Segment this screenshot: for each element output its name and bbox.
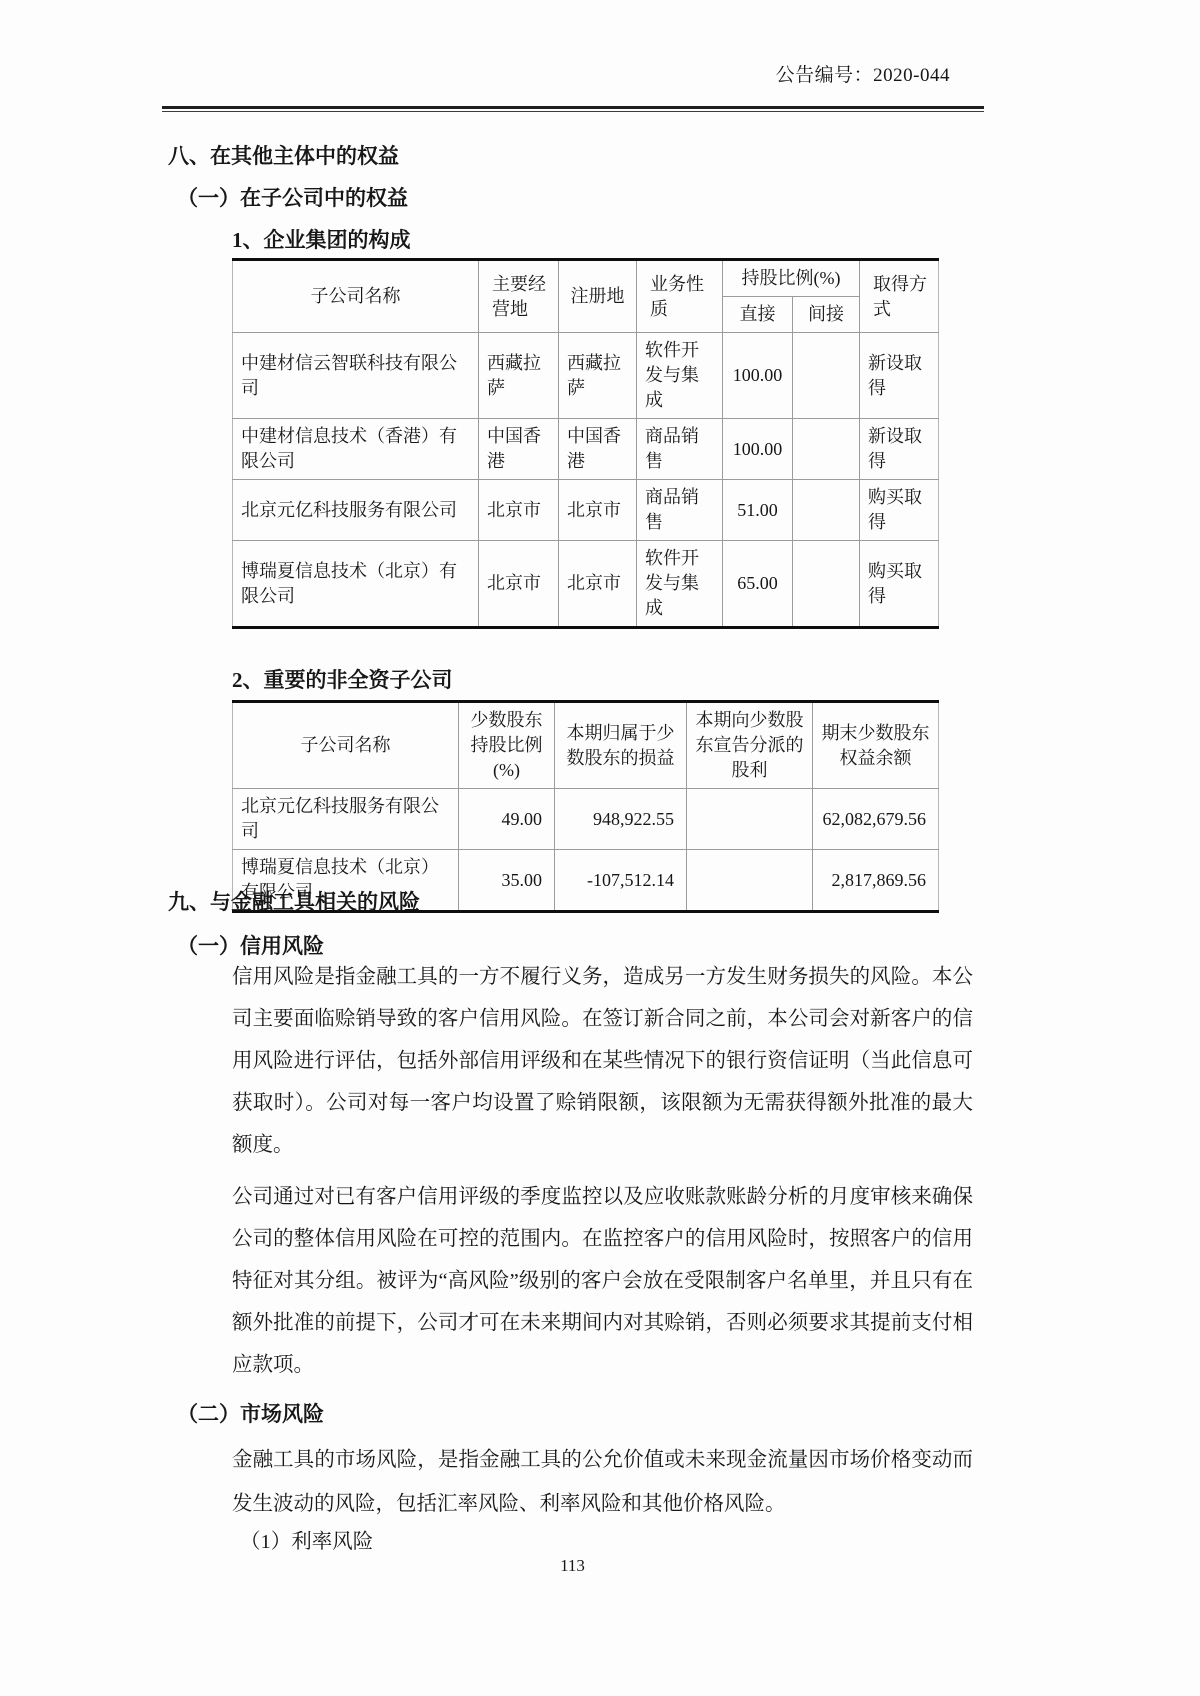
cell-main-place: 中国香港: [479, 419, 559, 480]
col-header-acquisition-method: 取得方式: [860, 260, 939, 333]
cell-registered-place: 西藏拉萨: [559, 333, 637, 419]
cell-minority-profit: 948,922.55: [555, 789, 687, 850]
table-row: 北京元亿科技服务有限公司 49.00 948,922.55 62,082,679…: [233, 789, 939, 850]
interest-rate-risk-title: （1）利率风险: [240, 1524, 373, 1554]
cell-business-nature: 软件开发与集成: [637, 333, 723, 419]
cell-indirect-ratio: [793, 333, 860, 419]
col-header-direct: 直接: [723, 297, 793, 333]
cell-business-nature: 软件开发与集成: [637, 541, 723, 628]
page-number: 113: [160, 1556, 985, 1576]
section-8-sub-1-title: （一）在子公司中的权益: [177, 182, 408, 212]
table-row: 中建材信云智联科技有限公司 西藏拉萨 西藏拉萨 软件开发与集成 100.00 新…: [233, 333, 939, 419]
cell-indirect-ratio: [793, 480, 860, 541]
cell-direct-ratio: 100.00: [723, 333, 793, 419]
cell-subsidiary-name: 中建材信云智联科技有限公司: [233, 333, 479, 419]
group-table-title: 1、企业集团的构成: [232, 224, 411, 254]
table-row: 中建材信息技术（香港）有限公司 中国香港 中国香港 商品销售 100.00 新设…: [233, 419, 939, 480]
col-header-main-place: 主要经营地: [479, 260, 559, 333]
col-header-registered-place: 注册地: [559, 260, 637, 333]
market-risk-title: （二）市场风险: [177, 1398, 324, 1428]
section-8-title: 八、在其他主体中的权益: [168, 140, 399, 170]
cell-indirect-ratio: [793, 419, 860, 480]
col-header-indirect: 间接: [793, 297, 860, 333]
col-header-shareholding-ratio: 持股比例(%): [723, 260, 860, 297]
document-page: 公告编号：2020-044 八、在其他主体中的权益 （一）在子公司中的权益 1、…: [0, 0, 1200, 1696]
col-header-minority-ratio: 少数股东持股比例(%): [459, 702, 555, 789]
credit-risk-paragraph-1: 信用风险是指金融工具的一方不履行义务，造成另一方发生财务损失的风险。本公司主要面…: [232, 956, 973, 1166]
cell-acquisition-method: 购买取得: [860, 480, 939, 541]
cell-declared-dividend: [687, 850, 813, 912]
cell-declared-dividend: [687, 789, 813, 850]
cell-registered-place: 北京市: [559, 480, 637, 541]
section-9-title: 九、与金融工具相关的风险: [168, 886, 420, 916]
cell-minority-ratio: 35.00: [459, 850, 555, 912]
cell-direct-ratio: 65.00: [723, 541, 793, 628]
group-composition-table: 子公司名称 主要经营地 注册地 业务性质 持股比例(%) 取得方式 直接 间接 …: [232, 258, 939, 629]
header-divider: [162, 106, 984, 112]
table-row: 博瑞夏信息技术（北京）有限公司 北京市 北京市 软件开发与集成 65.00 购买…: [233, 541, 939, 628]
cell-main-place: 西藏拉萨: [479, 333, 559, 419]
cell-registered-place: 北京市: [559, 541, 637, 628]
col-header-minority-profit: 本期归属于少数股东的损益: [555, 702, 687, 789]
cell-acquisition-method: 购买取得: [860, 541, 939, 628]
minority-subsidiaries-table: 子公司名称 少数股东持股比例(%) 本期归属于少数股东的损益 本期向少数股东宣告…: [232, 700, 939, 913]
minority-table-title: 2、重要的非全资子公司: [232, 664, 453, 694]
cell-main-place: 北京市: [479, 541, 559, 628]
cell-direct-ratio: 100.00: [723, 419, 793, 480]
cell-acquisition-method: 新设取得: [860, 419, 939, 480]
cell-indirect-ratio: [793, 541, 860, 628]
cell-acquisition-method: 新设取得: [860, 333, 939, 419]
market-risk-paragraph: 金融工具的市场风险，是指金融工具的公允价值或未来现金流量因市场价格变动而发生波动…: [232, 1438, 973, 1526]
table-row: 北京元亿科技服务有限公司 北京市 北京市 商品销售 51.00 购买取得: [233, 480, 939, 541]
col-header-ending-balance: 期末少数股东权益余额: [813, 702, 939, 789]
col-header-subsidiary-name: 子公司名称: [233, 702, 459, 789]
cell-minority-profit: -107,512.14: [555, 850, 687, 912]
table-header-row: 子公司名称 主要经营地 注册地 业务性质 持股比例(%) 取得方式: [233, 260, 939, 297]
col-header-business-nature: 业务性质: [637, 260, 723, 333]
announcement-number: 公告编号：2020-044: [776, 60, 950, 87]
col-header-declared-dividend: 本期向少数股东宣告分派的股利: [687, 702, 813, 789]
cell-ending-balance: 62,082,679.56: [813, 789, 939, 850]
cell-main-place: 北京市: [479, 480, 559, 541]
cell-subsidiary-name: 北京元亿科技服务有限公司: [233, 480, 479, 541]
cell-minority-ratio: 49.00: [459, 789, 555, 850]
cell-ending-balance: 2,817,869.56: [813, 850, 939, 912]
col-header-subsidiary-name: 子公司名称: [233, 260, 479, 333]
cell-registered-place: 中国香港: [559, 419, 637, 480]
cell-subsidiary-name: 博瑞夏信息技术（北京）有限公司: [233, 541, 479, 628]
cell-subsidiary-name: 中建材信息技术（香港）有限公司: [233, 419, 479, 480]
cell-subsidiary-name: 北京元亿科技服务有限公司: [233, 789, 459, 850]
table-header-row: 子公司名称 少数股东持股比例(%) 本期归属于少数股东的损益 本期向少数股东宣告…: [233, 702, 939, 789]
cell-direct-ratio: 51.00: [723, 480, 793, 541]
credit-risk-paragraph-2: 公司通过对已有客户信用评级的季度监控以及应收账款账龄分析的月度审核来确保公司的整…: [232, 1176, 973, 1386]
cell-business-nature: 商品销售: [637, 480, 723, 541]
cell-business-nature: 商品销售: [637, 419, 723, 480]
